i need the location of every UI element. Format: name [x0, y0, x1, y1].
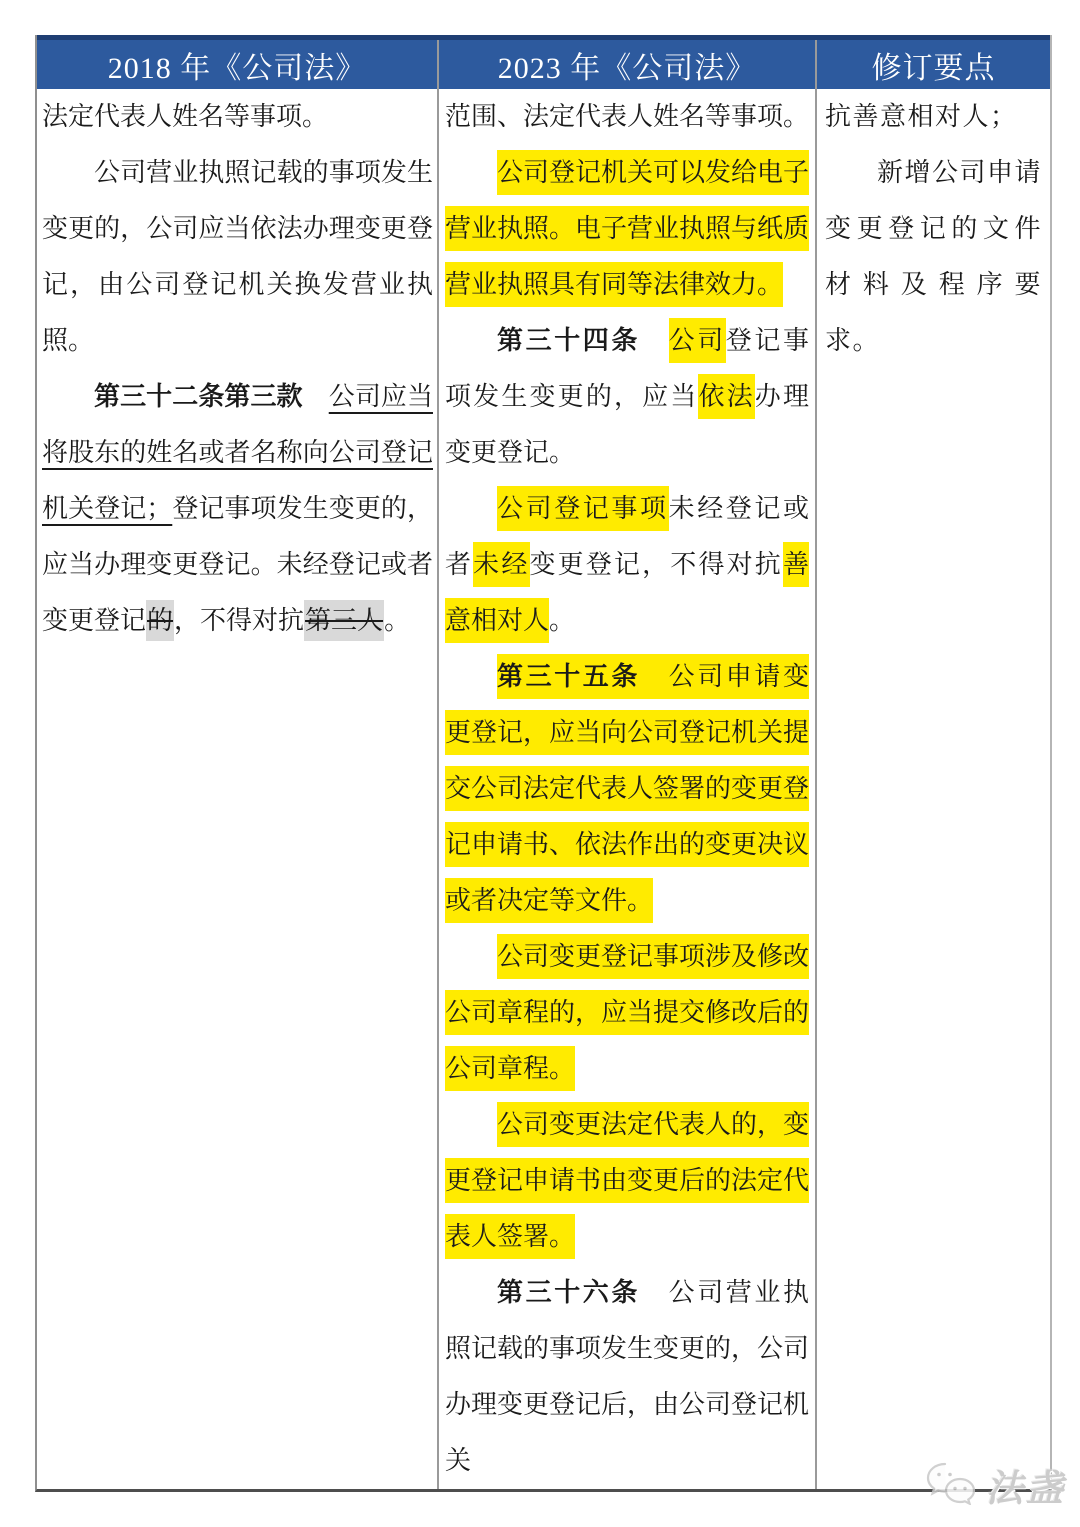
header-revision-points: 修订要点: [815, 40, 1050, 89]
paragraph: 新增公司申请变更登记的文件材料及程序要求。: [825, 145, 1042, 369]
text-segment: [640, 326, 669, 355]
text-segment: 第三十五条: [497, 654, 640, 699]
text-segment: ，不得对抗: [174, 606, 304, 635]
text-segment: 法定代表人姓名等事项。: [42, 102, 328, 131]
text-segment: 未经: [473, 542, 529, 587]
text-segment: 公司变更登记事项涉及修改公司章程的，应当提交修改后的公司章程。: [445, 934, 809, 1091]
watermark: 法盏: [924, 1458, 1066, 1512]
text-segment: 公司: [669, 318, 726, 363]
document-page: 2018 年《公司法》 2023 年《公司法》 修订要点 法定代表人姓名等事项。…: [0, 0, 1080, 1527]
text-segment: 抗善意相对人；: [825, 102, 1018, 131]
text-segment: 第三十六条: [497, 1278, 640, 1307]
text-segment: 第三十二条第三款: [94, 382, 303, 411]
text-segment: [303, 382, 329, 411]
table-body-row: 法定代表人姓名等事项。公司营业执照记载的事项发生变更的，公司应当依法办理变更登记…: [37, 89, 1050, 1489]
wechat-icon: [924, 1461, 978, 1510]
text-segment: 公司营业执照记载的事项发生变更的，公司应当依法办理变更登记，由公司登记机关换发营…: [42, 158, 433, 355]
header-2023-company-law: 2023 年《公司法》: [437, 40, 815, 89]
paragraph: 第三十四条 公司登记事项发生变更的，应当依法办理变更登记。: [445, 313, 809, 481]
text-segment: 公司登记机关可以发给电子营业执照。电子营业执照与纸质营业执照具有同等法律效力。: [445, 150, 809, 307]
text-segment: 变更登记，不得对抗: [530, 550, 783, 579]
table-header-row: 2018 年《公司法》 2023 年《公司法》 修订要点: [37, 35, 1050, 89]
paragraph: 公司登记机关可以发给电子营业执照。电子营业执照与纸质营业执照具有同等法律效力。: [445, 145, 809, 313]
text-segment: 公司变更法定代表人的，变更登记申请书由变更后的法定代表人签署。: [445, 1102, 809, 1259]
text-segment: 公司营业执照记载的事项发生变更的，公司办理变更登记后，由公司登记机关: [445, 1278, 809, 1475]
paragraph: 第三十五条 公司申请变更登记，应当向公司登记机关提交公司法定代表人签署的变更登记…: [445, 649, 809, 929]
text-segment: 第三十四条: [497, 326, 640, 355]
paragraph: 公司营业执照记载的事项发生变更的，公司应当依法办理变更登记，由公司登记机关换发营…: [42, 145, 433, 369]
text-segment: 依法: [698, 374, 754, 419]
paragraph: 公司登记事项未经登记或者未经变更登记，不得对抗善意相对人。: [445, 481, 809, 649]
paragraph: 第三十二条第三款 公司应当将股东的姓名或者名称向公司登记机关登记；登记事项发生变…: [42, 369, 433, 649]
paragraph: 公司变更法定代表人的，变更登记申请书由变更后的法定代表人签署。: [445, 1097, 809, 1265]
paragraph: 范围、法定代表人姓名等事项。: [445, 89, 809, 145]
paragraph: 第三十六条 公司营业执照记载的事项发生变更的，公司办理变更登记后，由公司登记机关: [445, 1265, 809, 1489]
watermark-text: 法盏: [986, 1458, 1066, 1512]
text-segment: 。: [549, 606, 575, 635]
text-segment: 公司登记事项: [497, 486, 669, 531]
column-2023-law-text: 范围、法定代表人姓名等事项。公司登记机关可以发给电子营业执照。电子营业执照与纸质…: [437, 89, 815, 1489]
text-segment: 第三人: [304, 600, 384, 641]
column-revision-notes: 抗善意相对人；新增公司申请变更登记的文件材料及程序要求。: [815, 89, 1050, 1489]
text-segment: 的: [146, 600, 174, 641]
text-segment: 新增公司申请变更登记的文件材料及程序要求。: [825, 158, 1042, 355]
paragraph: 法定代表人姓名等事项。: [42, 89, 433, 145]
paragraph: 抗善意相对人；: [825, 89, 1042, 145]
paragraph: 公司变更登记事项涉及修改公司章程的，应当提交修改后的公司章程。: [445, 929, 809, 1097]
text-segment: 。: [384, 606, 410, 635]
text-segment: 范围、法定代表人姓名等事项。: [445, 102, 809, 131]
column-2018-law-text: 法定代表人姓名等事项。公司营业执照记载的事项发生变更的，公司应当依法办理变更登记…: [37, 89, 437, 1489]
header-label: 2018 年《公司法》: [108, 43, 367, 87]
header-label: 2023 年《公司法》: [498, 43, 757, 87]
header-label: 修订要点: [872, 43, 996, 87]
header-2018-company-law: 2018 年《公司法》: [37, 40, 437, 89]
law-comparison-table: 2018 年《公司法》 2023 年《公司法》 修订要点 法定代表人姓名等事项。…: [35, 35, 1052, 1492]
